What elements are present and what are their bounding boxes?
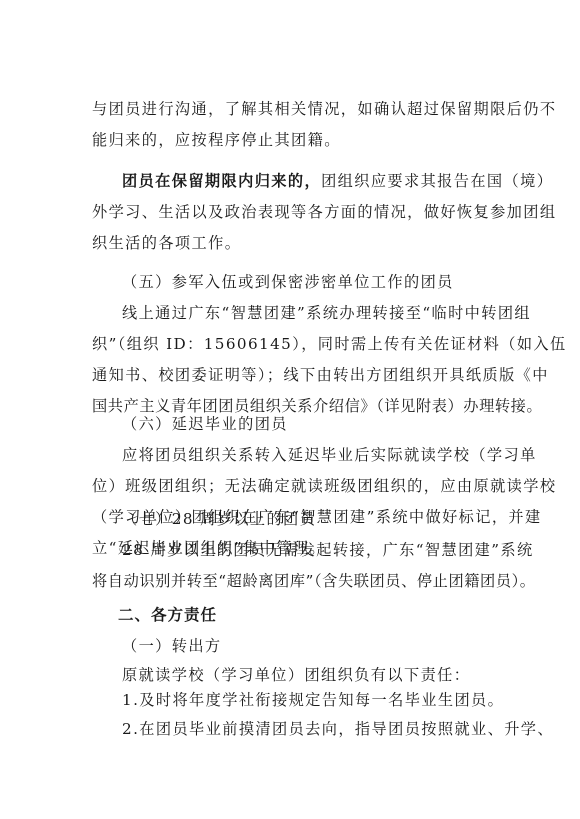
paragraph-text: 团组织应要求其报告在国（境）	[321, 172, 553, 190]
paragraph-line: 织生活的各项工作。	[92, 233, 516, 253]
paragraph-line: 能归来的，应按程序停止其团籍。	[92, 130, 516, 150]
paragraph-line: 应将团员组织关系转入延迟毕业后实际就读学校（学习单	[122, 445, 516, 465]
paragraph-line: 团员在保留期限内归来的，团组织应要求其报告在国（境）	[122, 171, 516, 191]
paragraph-line: 将自动识别并转至“超龄离团库”（含失联团员、停止团籍团员）。	[92, 571, 516, 591]
paragraph-line: 线上通过广东“智慧团建”系统办理转接至“临时中转团组	[122, 303, 516, 323]
paragraph-line: 28 周岁以上的团员无需发起转接，广东“智慧团建”系统	[122, 540, 516, 560]
list-item-1: 1.及时将年度学社衔接规定告知每一名毕业生团员。	[122, 690, 546, 710]
paragraph-line: 织”（组织 ID：15606145），同时需上传有关佐证材料（如入伍	[92, 334, 516, 354]
paragraph-line: 原就读学校（学习单位）团组织负有以下责任：	[122, 665, 546, 685]
paragraph-line: 与团员进行沟通，了解其相关情况，如确认超过保留期限后仍不	[92, 99, 516, 119]
paragraph-line: 通知书、校团委证明等）；线下由转出方团组织开具纸质版《中	[92, 365, 516, 385]
paragraph-line: 外学习、生活以及政治表现等各方面的情况，做好恢复参加团组	[92, 202, 516, 222]
document-page: 与团员进行沟通，了解其相关情况，如确认超过保留期限后仍不 能归来的，应按程序停止…	[0, 0, 580, 819]
list-item-2: 2.在团员毕业前摸清团员去向，指导团员按照就业、升学、	[122, 719, 546, 739]
section-heading-5: （五）参军入伍或到保密涉密单位工作的团员	[122, 272, 546, 292]
section-heading-7: （七）28 周岁以上的团员	[122, 509, 546, 529]
bold-lead: 团员在保留期限内归来的，	[122, 172, 321, 190]
section-heading-6: （六）延迟毕业的团员	[122, 414, 546, 434]
paragraph-line: 国共产主义青年团团员组织关系介绍信》（详见附表）办理转接。	[92, 396, 516, 416]
paragraph-line: 位）班级团组织；无法确定就读班级团组织的，应由原就读学校	[92, 476, 516, 496]
subsection-heading-1: （一）转出方	[122, 636, 546, 656]
section-heading-2: 二、各方责任	[118, 605, 542, 625]
